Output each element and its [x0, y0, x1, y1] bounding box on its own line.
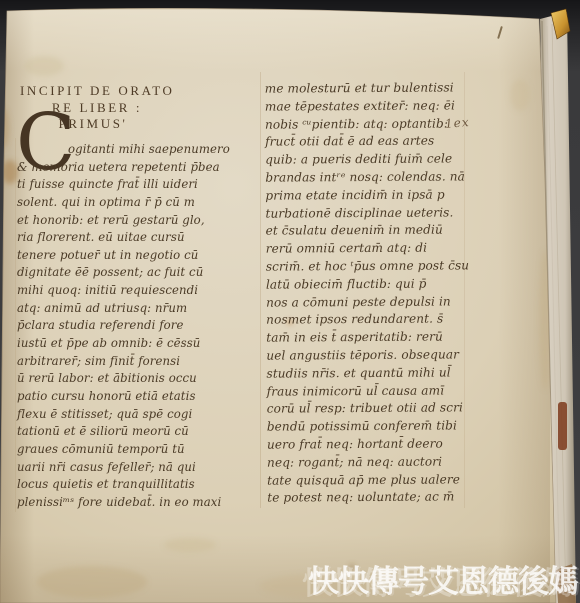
- manuscript-line: te potest neq: uoluntate; ac m̄: [267, 489, 467, 508]
- manuscript-line: tenere potuer̄ ut in negotio cū: [17, 247, 207, 265]
- manuscript-line: uarii nr̄i casus fefeller̄; nā qui: [17, 459, 207, 477]
- manuscript-line: nobis ᶜᵘpientib: atq: optantib:: [265, 115, 465, 134]
- manuscript-line: locus quietis et tranquillitatis: [17, 476, 207, 494]
- manuscript-line: patio cursu honorū etiā etatis: [17, 388, 207, 406]
- manuscript-line: et c̄sulatu deuenim̄ in mediū: [266, 222, 466, 241]
- manuscript-line: iustū et p̄pe ab omnib: ē cēssū: [17, 335, 207, 353]
- manuscript-line: arbitrarer̄; sim finit̄ forensi: [17, 353, 207, 371]
- manuscript-line: corū ul̄ resp: tribuet otii ad scri: [267, 400, 467, 419]
- manuscript-line: nosmet ipsos redundarent. s̄: [266, 311, 466, 330]
- right-text-column: me molesturū et tur bulentissi mae tēpes…: [265, 79, 468, 507]
- edge-leather-mark: [558, 402, 567, 450]
- manuscript-line: neq: rogant̄; nā neq: auctori: [267, 453, 467, 472]
- manuscript-line: latū obiecim̄ fluctib: qui p̄: [266, 275, 466, 294]
- manuscript-line: studiis nr̄is. et quantū mihi ul̄: [266, 364, 466, 383]
- manuscript-line: graues cōmuniū temporū tū: [17, 441, 207, 459]
- manuscript-line: ogitanti mihi saepenumero: [17, 141, 207, 159]
- manuscript-line: plenissiᵐˢ fore uidebat̄. in eo maxi: [17, 494, 207, 512]
- manuscript-line: prima etate incidim̄ in ipsā p: [265, 186, 465, 205]
- left-text-column: ogitanti mihi saepenumero & memoria uete…: [17, 141, 207, 511]
- manuscript-line: mae tēpestates extiter̄: neq: ēi: [265, 97, 465, 116]
- manuscript-line: nos a cōmuni peste depulsi in: [266, 293, 466, 312]
- manuscript-line: me molesturū et tur bulentissi: [265, 79, 465, 98]
- manuscript-line: fraus inimicorū ul̄ causa amī: [267, 382, 467, 401]
- watermark-text: 快快傳号艾恩德後媽: [308, 556, 578, 601]
- manuscript-line: atq: animū ad utriusq: nr̄um: [17, 300, 207, 318]
- manuscript-line: ū rerū labor: et ābitionis occu: [17, 370, 207, 388]
- manuscript-line: uero frat̄ neq: hortant̄ deero: [267, 435, 467, 454]
- manuscript-line: solent. qui in optima r̄ p̄ cū m: [17, 194, 207, 212]
- manuscript-line: tate quisquā ap̄ me plus ualere: [267, 471, 467, 490]
- manuscript-line: ti fuisse quincte frat̄ illi uideri: [17, 176, 207, 194]
- manuscript-line: quib: a pueris dediti fuim̄ cele: [265, 151, 465, 170]
- manuscript-photo: INCIPIT DE ORATO RE LIBER : PRIMUS' C og…: [0, 0, 580, 603]
- manuscript-line: et honorib: et rerū gestarū glo,: [17, 212, 207, 230]
- manuscript-line: dignitate ēē possent; ac fuit cū: [17, 264, 207, 282]
- manuscript-line: fruct̄ otii dat̄ ē ad eas artes: [265, 133, 465, 152]
- manuscript-line: ria florerent. eū uitae cursū: [17, 229, 207, 247]
- manuscript-line: uel angustiis tēporis. obsequar: [266, 346, 466, 365]
- manuscript-line: p̄clara studia referendi fore: [17, 317, 207, 335]
- manuscript-line: bendū potissimū conferem̄ tibi: [267, 418, 467, 437]
- manuscript-line: & memoria uetera repetenti p̄bea: [17, 159, 207, 177]
- manuscript-line: brandas intʳᵉ nosq: colendas. nā: [265, 168, 465, 187]
- ex-libris-mark: 1ex: [444, 115, 470, 131]
- manuscript-line: rerū omniū certam̄ atq: di: [266, 240, 466, 259]
- manuscript-line: mihi quoq: initiū requiescendi: [17, 282, 207, 300]
- manuscript-line: turbationē disciplinae ueteris.: [265, 204, 465, 223]
- manuscript-line: tam̄ in eis t̄ asperitatib: rerū: [266, 329, 466, 348]
- manuscript-line: flexu ē stitisset; quā spē cogi: [17, 406, 207, 424]
- manuscript-line: scrim̄. et hoc ᵗp̄us omne post c̄su: [266, 257, 466, 276]
- manuscript-line: tationū et ē siliorū meorū cū: [17, 423, 207, 441]
